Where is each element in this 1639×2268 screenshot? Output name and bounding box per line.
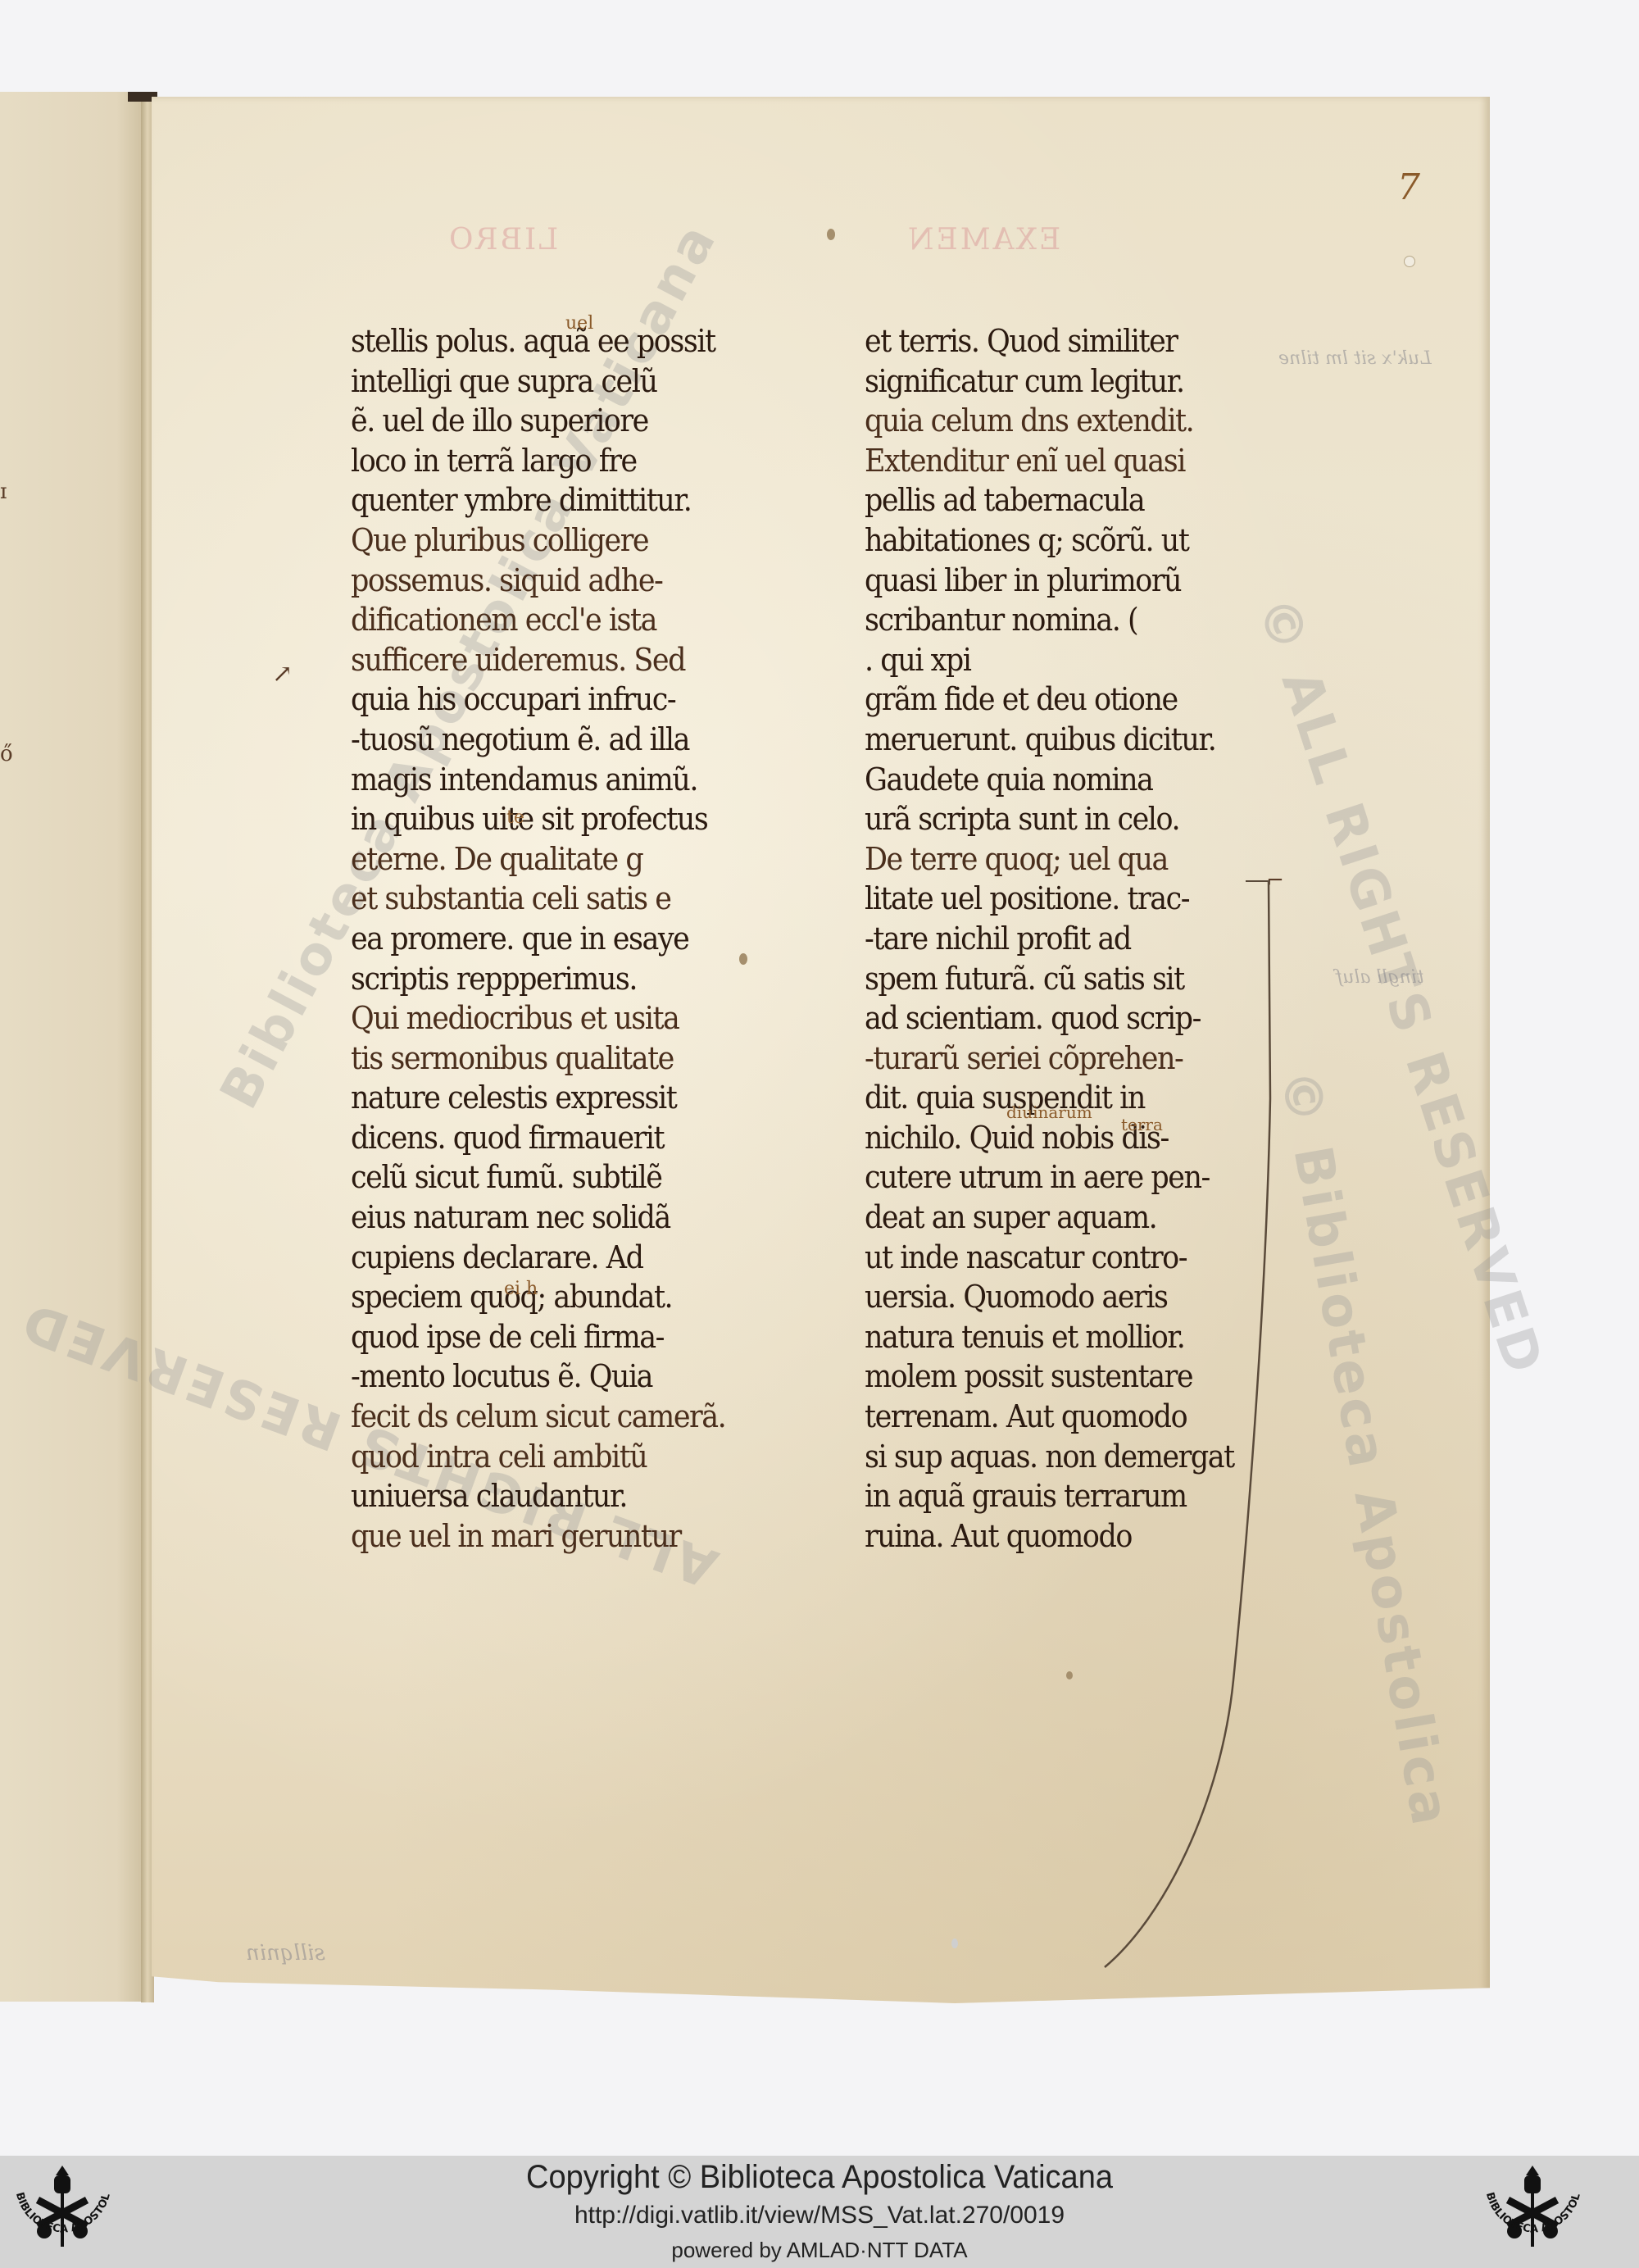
text-line: loco in terrã largo fre [351,441,773,481]
offset-ghost-note: sillqnin [246,1941,325,1966]
text-line: celũ sicut fumũ. subtilẽ [351,1157,773,1198]
folio-number: 7 [1397,166,1420,208]
image-url-link[interactable]: http://digi.vatlib.it/view/MSS_Vat.lat.2… [0,2202,1639,2229]
text-line: scriptis reppperimus. [351,959,773,999]
copyright-footer: Copyright © Biblioteca Apostolica Vatica… [0,2156,1639,2268]
text-line: quenter ymbre dimittitur. [351,480,773,520]
interlinear-gloss: ei h [504,1279,538,1299]
text-line: et substantia celi satis e [351,879,773,919]
interlinear-gloss: te [506,807,524,828]
text-line: Extenditur enĩ uel quasi [865,441,1287,481]
text-line: quia his occupari infruc- [351,679,773,720]
prick-hole [1404,256,1415,267]
text-line: quasi liber in plurimorũ [865,561,1287,601]
facing-page-mark: ő [0,742,13,766]
text-line: urã scripta sunt in celo. [865,799,1287,839]
text-column-left: stellis polus. aquã ee possit intelligi … [351,321,810,1556]
text-line: possemus. siquid adhe- [351,561,773,601]
text-line: ad scientiam. quod scrip- [865,998,1287,1039]
text-line: -turarũ seriei cõprehen- [865,1039,1287,1079]
text-line: nature celestis expressit [351,1078,773,1118]
text-line: habitationes q; scõrũ. ut [865,520,1287,561]
text-line: Que pluribus colligere [351,520,773,561]
text-line: fecit ds celum sicut camerã. [351,1397,773,1437]
offset-ghost-note: tingll aluf [1336,967,1424,988]
text-line: Gaudete quia nomina [865,760,1287,800]
text-line: eius naturam nec solidã [351,1198,773,1238]
text-column-right: et terris. Quod similiter significatur c… [865,321,1323,1556]
interlinear-gloss: terra [1121,1115,1163,1134]
text-line: ut inde nascatur contro- [865,1238,1287,1278]
text-line: De terre quoq; uel qua [865,839,1287,879]
powered-by-text: powered by AMLAD·NTT DATA [0,2238,1639,2263]
text-line: litate uel positione. trac- [865,879,1287,919]
interlinear-gloss: diuinarum [1006,1102,1092,1122]
text-line: -mento locutus ẽ. Quia [351,1357,773,1397]
text-line: dicens. quod firmauerit [351,1118,773,1158]
text-line: ruina. Aut quomodo [865,1516,1287,1557]
text-line: uersia. Quomodo aeris [865,1277,1287,1317]
text-line: quod intra celi ambitũ [351,1437,773,1477]
margin-mark: ↗ [272,660,293,689]
text-line: natura tenuis et mollior. [865,1317,1287,1357]
text-line: in aquã grauis terrarum [865,1476,1287,1516]
vatican-library-emblem-icon: BIBLIOTECA APOSTOLICA VATICANA [5,2161,120,2266]
text-line: molem possit sustentare [865,1357,1287,1397]
vatican-library-emblem-icon: BIBLIOTECA APOSTOLICA VATICANA [1475,2161,1590,2266]
text-line: tis sermonibus qualitate [351,1039,773,1079]
facing-page-edge [0,92,146,2002]
text-line: uniuersa claudantur. [351,1476,773,1516]
text-line: et terris. Quod similiter [865,321,1287,361]
text-line: nichilo. Quid nobis dis- [865,1118,1287,1158]
text-line: ea promere. que in esaye [351,919,773,959]
text-line: dificationem eccl'e ista [351,600,773,640]
text-line: meruerunt. quibus dicitur. [865,720,1287,760]
text-line: stellis polus. aquã ee possit [351,321,773,361]
text-line: quia celum dns extendit. [865,401,1287,441]
text-line: scribantur nomina. ( [865,600,1287,640]
text-line: significatur cum legitur. [865,361,1287,402]
text-line: eterne. De qualitate g [351,839,773,879]
prick-mark [951,1938,958,1948]
text-line: intelligi que supra celũ [351,361,773,402]
text-line: quod ipse de celi firma- [351,1317,773,1357]
text-line: grãm fide et deu otione [865,679,1287,720]
text-line: magis intendamus animũ. [351,760,773,800]
offset-running-head: LIBRO [447,223,558,257]
text-line: -tare nichil profit ad [865,919,1287,959]
text-line: ẽ. uel de illo superiore [351,401,773,441]
prick-mark [1066,1671,1073,1679]
text-line: sufficere uideremus. Sed [351,640,773,680]
prick-mark [827,229,835,240]
text-line: cutere utrum in aere pen- [865,1157,1287,1198]
margin-bracket: ⌐ [1266,869,1284,893]
text-line: Qui mediocribus et usita [351,998,773,1039]
text-line: -tuosũ negotium ẽ. ad illa [351,720,773,760]
text-line: si sup aquas. non demergat [865,1437,1287,1477]
offset-running-head: EXAMEN [906,223,1060,257]
text-line: in quibus uite sit profectus [351,799,773,839]
text-line: . qui xpi [865,640,1287,680]
text-line: deat an super aquam. [865,1198,1287,1238]
text-line: terrenam. Aut quomodo [865,1397,1287,1437]
text-line: pellis ad tabernacula [865,480,1287,520]
copyright-text: Copyright © Biblioteca Apostolica Vatica… [41,2159,1598,2196]
text-line: cupiens declarare. Ad [351,1238,773,1278]
text-line: que uel in mari geruntur [351,1516,773,1557]
interlinear-gloss: uel [565,313,593,334]
text-line: speciem quoq; abundat. [351,1277,773,1317]
text-line: spem futurã. cũ satis sit [865,959,1287,999]
facing-page-mark: ɪ [0,480,7,504]
